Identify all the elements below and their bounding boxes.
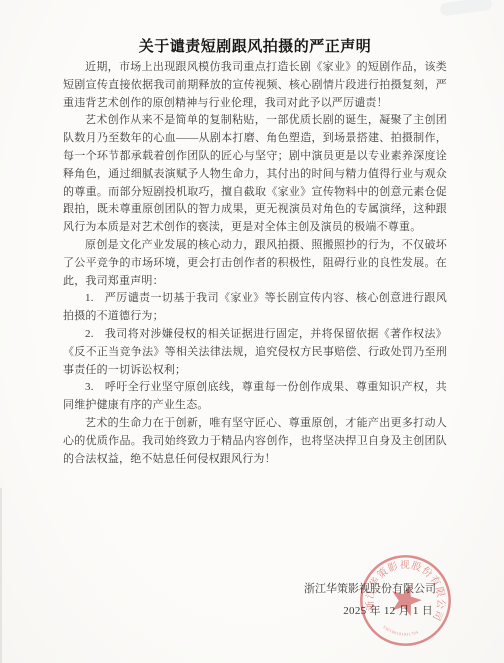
document-page: 关于谴责短剧跟风拍摄的严正声明 近期，市场上出现跟风模仿我司重点打造长剧《家业》… [0, 0, 504, 663]
statement-body: 近期，市场上出现跟风模仿我司重点打造长剧《家业》的短剧作品，该类短剧宣传直接依据… [63, 59, 447, 468]
photo-edge-artifact [0, 488, 2, 663]
statement-item-2: 2.我司将对涉嫌侵权的相关证据进行固定，并将保留依据《著作权法》《反不正当竞争法… [63, 326, 447, 379]
company-name: 浙江华策影视股份有限公司 [304, 580, 436, 598]
item-text: 严厉谴责一切基于我司《家业》等长剧宣传内容、核心创意进行跟风拍摄的不道德行为； [63, 292, 447, 322]
statement-title: 关于谴责短剧跟风拍摄的严正声明 [63, 37, 447, 58]
paragraph-intro: 近期，市场上出现跟风模仿我司重点打造长剧《家业》的短剧作品，该类短剧宣传直接依据… [63, 59, 447, 112]
paragraph-closing: 艺术的生命力在于创新，唯有坚守匠心、尊重原创，才能产出更多打动人心的优质作品。我… [63, 415, 447, 468]
paragraph-creation: 艺术创作从来不是简单的复制粘贴，一部优质长剧的诞生，凝聚了主创团队数月乃至数年的… [63, 112, 447, 237]
paragraph-original: 原创是文化产业发展的核心动力，跟风拍摄、照搬照抄的行为，不仅破坏了公平竞争的市场… [63, 237, 447, 290]
photo-artifact [439, 0, 492, 17]
seal-serial-number: 330100101911704 [381, 624, 420, 639]
item-text: 我司将对涉嫌侵权的相关证据进行固定，并将保留依据《著作权法》《反不正当竞争法》等… [63, 328, 447, 376]
signature-block: 浙江华策影视股份有限公司 2025 年 12 月 1 日 [304, 580, 436, 620]
item-number: 2. [85, 328, 105, 340]
item-number: 1. [85, 292, 105, 304]
statement-item-1: 1.严厉谴责一切基于我司《家业》等长剧宣传内容、核心创意进行跟风拍摄的不道德行为… [63, 290, 447, 326]
item-text: 呼吁全行业坚守原创底线，尊重每一份创作成果、尊重知识产权，共同维护健康有序的产业… [63, 381, 447, 411]
statement-item-3: 3.呼吁全行业坚守原创底线，尊重每一份创作成果、尊重知识产权，共同维护健康有序的… [63, 379, 447, 415]
statement-document: 关于谴责短剧跟风拍摄的严正声明 近期，市场上出现跟风模仿我司重点打造长剧《家业》… [63, 37, 447, 468]
statement-date: 2025 年 12 月 1 日 [304, 602, 436, 620]
item-number: 3. [85, 381, 105, 393]
